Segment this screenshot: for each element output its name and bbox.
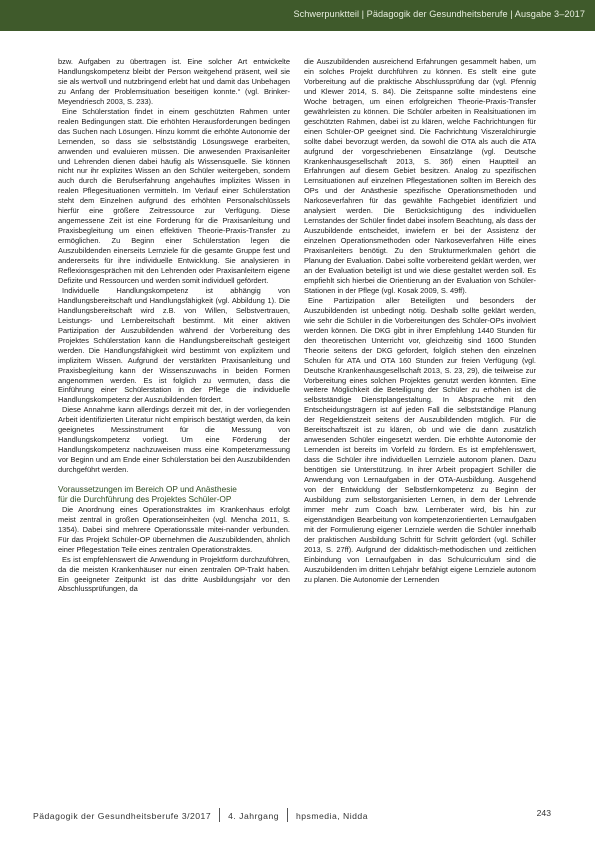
right-text-column: die Auszubildenden ausreichend Erfahrung… — [304, 57, 536, 585]
paragraph: Die Anordnung eines Operationstraktes im… — [58, 505, 290, 555]
section-heading: Voraussetzungen im Bereich OP und Anästh… — [58, 484, 290, 505]
page-footer: Pädagogik der Gesundheitsberufe 3/20174.… — [33, 808, 551, 822]
running-header-bar: Schwerpunktteil | Pädagogik der Gesundhe… — [0, 0, 595, 31]
running-header-title: Schwerpunktteil | Pädagogik der Gesundhe… — [293, 9, 585, 19]
section-heading-line: für die Durchführung des Projektes Schül… — [58, 494, 231, 504]
paragraph: Eine Partizipation aller Beteiligten und… — [304, 296, 536, 585]
paragraph: Diese Annahme kann allerdings derzeit mi… — [58, 405, 290, 475]
section-heading-line: Voraussetzungen im Bereich OP und Anästh… — [58, 484, 237, 494]
page-number: 243 — [537, 808, 551, 818]
paragraph: bzw. Aufgaben zu übertragen ist. Eine so… — [58, 57, 290, 107]
footer-volume: 4. Jahrgang — [228, 811, 279, 821]
paragraph: die Auszubildenden ausreichend Erfahrung… — [304, 57, 536, 296]
footer-divider — [287, 808, 288, 822]
paragraph: Eine Schülerstation findet in einem gesc… — [58, 107, 290, 286]
footer-publisher: hpsmedia, Nidda — [296, 811, 368, 821]
footer-divider — [219, 808, 220, 822]
footer-journal: Pädagogik der Gesundheitsberufe 3/2017 — [33, 811, 211, 821]
paragraph: Es ist empfehlenswert die Anwendung in P… — [58, 555, 290, 595]
paragraph: Individuelle Handlungskompetenz ist abhä… — [58, 286, 290, 405]
left-text-column: bzw. Aufgaben zu übertragen ist. Eine so… — [58, 57, 290, 594]
